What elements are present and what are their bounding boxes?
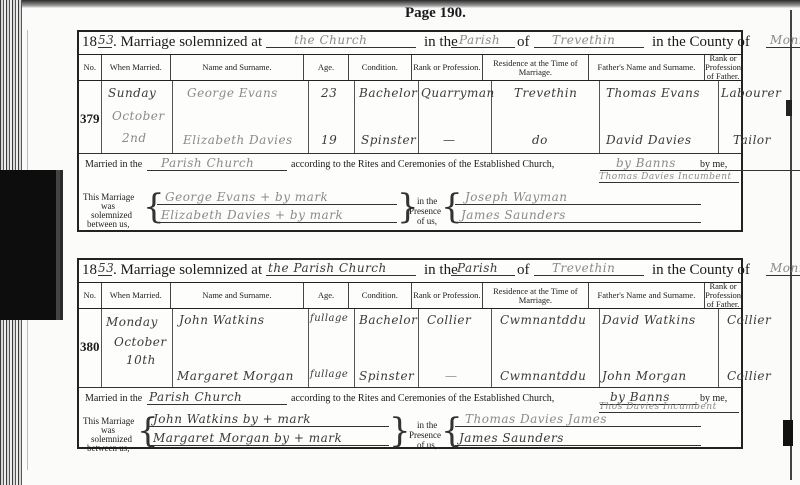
right-brace: } <box>389 416 411 446</box>
col-when-married: When Married. <box>102 283 171 308</box>
col-father-name: Father's Name and Surname. <box>589 283 705 308</box>
rites-text: according to the Rites and Ceremonies of… <box>291 393 554 404</box>
col-rank: Rank or Profession. <box>412 283 483 308</box>
parish-name: Trevethin <box>534 261 644 276</box>
entry-number: 380 <box>80 339 100 355</box>
groom-rank: Collier <box>427 313 471 327</box>
of-label: of <box>517 34 530 51</box>
officiant: Thomas Davies Incumbent <box>599 172 739 183</box>
year-prefix: 18 <box>82 34 97 51</box>
year-prefix: 18 <box>82 262 97 279</box>
of-us-label: of us, <box>417 440 437 450</box>
column-headers: No. When Married. Name and Surname. Age.… <box>79 283 741 309</box>
rites-text: according to the Rites and Ceremonies of… <box>291 159 554 170</box>
father-name-cell: Thomas Evans David Davies <box>600 81 719 153</box>
groom-signature: John Watkins by + mark <box>149 412 389 427</box>
groom-father: Thomas Evans <box>606 86 700 100</box>
groom-rank: Quarryman <box>421 86 495 100</box>
solemnized-at-label: . Marriage solemnized at <box>113 262 262 279</box>
groom-residence: Trevethin <box>514 86 577 100</box>
groom-name: John Watkins <box>179 313 265 327</box>
bride-father-rank: Collier <box>727 369 771 383</box>
year-suffix: 53 <box>98 261 112 276</box>
entry-headline: 18 53 . Marriage solemnized at the Churc… <box>79 32 741 55</box>
rank-cell: Collier — <box>419 309 492 387</box>
bride-condition: Spinster <box>359 369 414 383</box>
of-us-label: of us, <box>417 216 437 226</box>
church-name: the Church <box>266 33 416 48</box>
groom-age: 23 <box>321 86 337 100</box>
col-no: No. <box>79 283 102 308</box>
district-type: Parish <box>451 261 515 276</box>
when-month: October <box>112 109 165 123</box>
year-suffix: 53 <box>98 33 112 48</box>
father-rank-cell: Collier Collier <box>719 309 741 387</box>
bride-signature: Margaret Morgan by + mark <box>149 431 389 446</box>
col-no: No. <box>79 55 102 80</box>
residence-cell: Cwmnantddu Cwmnantddu <box>492 309 600 387</box>
name-cell: George Evans Elizabeth Davies <box>173 81 309 153</box>
col-age: Age. <box>304 55 349 80</box>
bride-residence: do <box>532 133 548 147</box>
by-me-label: by me, <box>700 159 727 170</box>
witness-1: Thomas Davies James <box>455 412 701 427</box>
bride-rank: — <box>445 369 458 383</box>
signature-block: This Marriage was solemnized between us,… <box>79 190 741 230</box>
column-headers: No. When Married. Name and Surname. Age.… <box>79 55 741 81</box>
married-in-label: Married in the <box>85 159 142 170</box>
county-name: Monmouth <box>766 261 800 276</box>
entry-number-cell: 380 <box>79 309 102 387</box>
edge-mark <box>786 100 792 116</box>
when-day: Monday <box>106 315 158 329</box>
residence-cell: Trevethin do <box>492 81 600 153</box>
col-father-rank: Rank or Profession of Father. <box>705 55 741 80</box>
marriage-entry-379: 18 53 . Marriage solemnized at the Churc… <box>77 30 743 232</box>
father-name-cell: David Watkins John Morgan <box>600 309 719 387</box>
witness-2: James Saunders <box>455 208 701 223</box>
col-name: Name and Surname. <box>171 55 304 80</box>
bride-father: David Davies <box>606 133 692 147</box>
church-name: the Parish Church <box>266 261 416 276</box>
parish-name: Trevethin <box>534 33 644 48</box>
book-top-edge <box>0 0 800 8</box>
bride-rank: — <box>443 133 456 147</box>
groom-age: fullage <box>310 313 348 324</box>
when-date: 2nd <box>122 131 147 145</box>
col-name: Name and Surname. <box>171 283 304 308</box>
witness-2: James Saunders <box>455 431 701 446</box>
bride-residence: Cwmnantddu <box>500 369 586 383</box>
age-cell: 23 19 <box>309 81 355 153</box>
when-date: 10th <box>126 353 156 367</box>
married-in-line: Married in the Parish Church according t… <box>79 154 741 190</box>
solemnized-at-label: . Marriage solemnized at <box>113 34 262 51</box>
county-name: Monmouth <box>766 33 800 48</box>
col-condition: Condition. <box>349 283 412 308</box>
entry-number: 379 <box>80 111 100 127</box>
col-residence: Residence at the Time of Marriage. <box>483 55 589 80</box>
groom-father: David Watkins <box>602 313 696 327</box>
edge-mark <box>783 420 793 446</box>
marriage-entry-380: 18 53 . Marriage solemnized at the Paris… <box>77 258 743 449</box>
witness-1: Joseph Wayman <box>455 190 701 205</box>
bride-age: fullage <box>310 369 348 380</box>
when-married-cell: Monday October 10th <box>102 309 173 387</box>
between-us-label: between us, <box>87 443 130 453</box>
col-residence: Residence at the Time of Marriage. <box>483 283 589 308</box>
married-in-place: Parish Church <box>147 390 287 405</box>
of-label: of <box>517 262 530 279</box>
bride-name: Elizabeth Davies <box>183 133 293 147</box>
page-number: Page 190. <box>405 5 466 22</box>
district-type: Parish <box>451 33 515 48</box>
between-us-label: between us, <box>87 219 130 229</box>
col-when-married: When Married. <box>102 55 171 80</box>
groom-condition: Bachelor <box>359 86 417 100</box>
bride-name: Margaret Morgan <box>177 369 294 383</box>
entry-rows: 380 Monday October 10th John Watkins Mar… <box>79 309 741 388</box>
when-month: October <box>114 335 167 349</box>
bride-father: John Morgan <box>602 369 687 383</box>
groom-condition: Bachelor <box>359 313 417 327</box>
page-right-edge <box>790 10 792 480</box>
married-in-label: Married in the <box>85 393 142 404</box>
bride-condition: Spinster <box>361 133 416 147</box>
groom-father-rank: Labourer <box>721 86 781 100</box>
col-condition: Condition. <box>349 55 412 80</box>
condition-cell: Bachelor Spinster <box>355 81 419 153</box>
col-rank: Rank or Profession. <box>412 55 483 80</box>
when-day: Sunday <box>108 86 156 100</box>
groom-residence: Cwmnantddu <box>500 313 586 327</box>
county-label: in the County of <box>652 262 750 279</box>
when-married-cell: Sunday October 2nd <box>102 81 173 153</box>
county-label: in the County of <box>652 34 750 51</box>
col-father-rank: Rank or Profession of Father. <box>705 283 741 308</box>
age-cell: fullage fullage <box>309 309 355 387</box>
col-father-name: Father's Name and Surname. <box>589 55 705 80</box>
in-the-label: in the <box>417 420 437 430</box>
father-rank-cell: Labourer Tailor <box>719 81 741 153</box>
name-cell: John Watkins Margaret Morgan <box>173 309 309 387</box>
groom-name: George Evans <box>187 86 278 100</box>
presence-label: Presence <box>409 206 441 216</box>
bride-age: 19 <box>321 133 337 147</box>
entry-number-cell: 379 <box>79 81 102 153</box>
signature-block: Thos Davies Incumbent This Marriage was … <box>79 410 741 450</box>
entry-headline: 18 53 . Marriage solemnized at the Paris… <box>79 260 741 283</box>
black-page-tab <box>0 170 63 320</box>
col-age: Age. <box>304 283 349 308</box>
married-in-place: Parish Church <box>147 156 287 171</box>
groom-signature: George Evans + by mark <box>157 190 397 205</box>
in-the-label: in the <box>417 196 437 206</box>
presence-label: Presence <box>409 430 441 440</box>
bride-father-rank: Tailor <box>733 133 771 147</box>
rank-cell: Quarryman — <box>419 81 492 153</box>
groom-father-rank: Collier <box>727 313 771 327</box>
bride-signature: Elizabeth Davies + by mark <box>157 208 397 223</box>
entry-rows: 379 Sunday October 2nd George Evans Eliz… <box>79 81 741 154</box>
condition-cell: Bachelor Spinster <box>355 309 419 387</box>
